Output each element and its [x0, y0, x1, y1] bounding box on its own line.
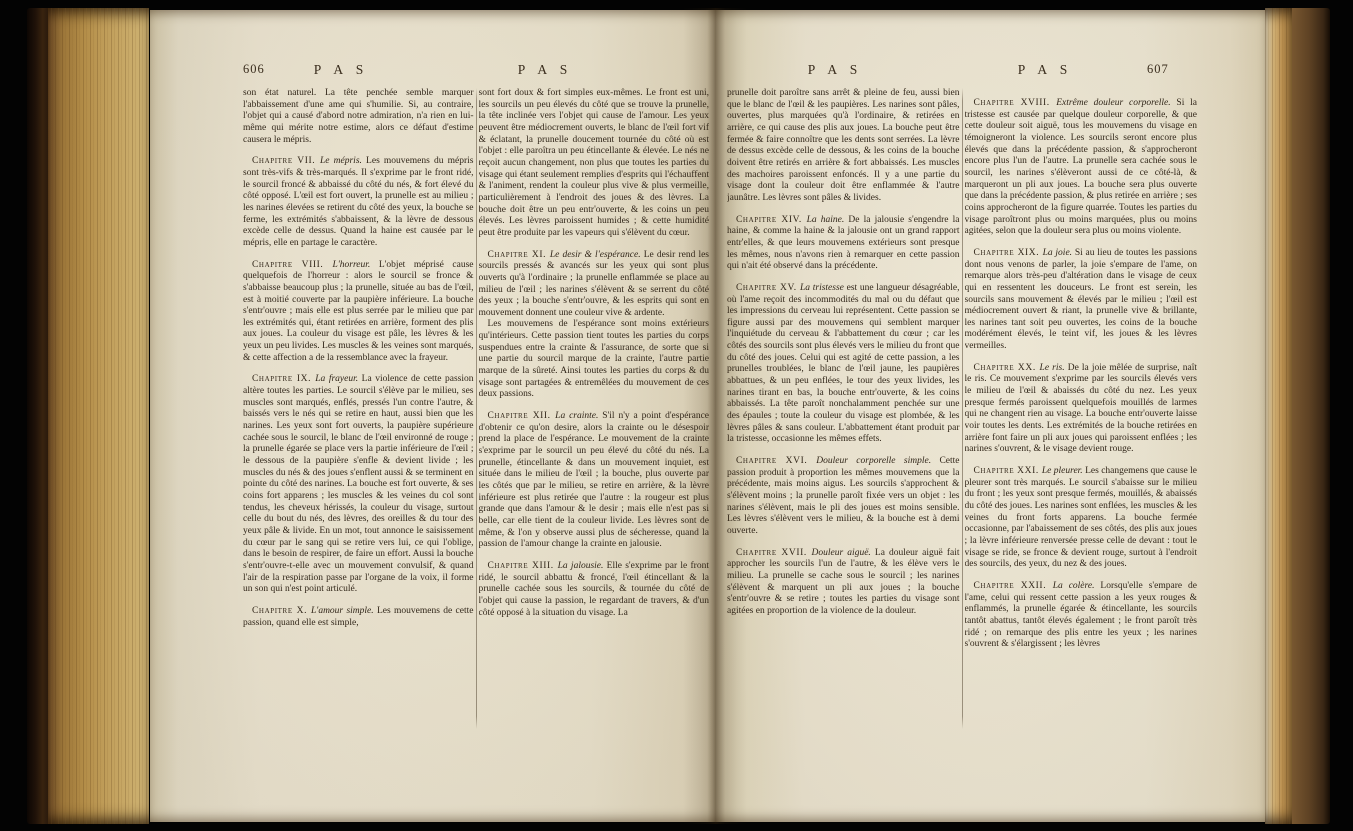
- running-head-right: P A S P A S 607: [715, 62, 1265, 82]
- chapter-paragraph: Chapitre XIII. La jalousie. Elle s'expri…: [479, 561, 710, 619]
- chapter-paragraph: Chapitre VII. Le mépris. Les mouvemens d…: [243, 156, 474, 249]
- page-left: 606 P A S P A S son état naturel. La têt…: [150, 10, 715, 822]
- text-column-3: prunelle doit paroître sans arrêt & plei…: [727, 88, 960, 729]
- chapter-label: Chapitre XXI.: [974, 466, 1042, 476]
- open-book: 606 P A S P A S son état naturel. La têt…: [27, 8, 1330, 824]
- chapter-title: L'amour simple.: [311, 606, 377, 616]
- column-rule: [476, 88, 477, 729]
- page-block-fore-edge-left: [48, 8, 149, 824]
- chapter-label: Chapitre XV.: [736, 283, 800, 293]
- chapter-paragraph: Chapitre XIX. La joie. Si au lieu de tou…: [965, 248, 1198, 353]
- chapter-label: Chapitre X.: [252, 606, 311, 616]
- chapter-paragraph: Chapitre XVI. Douleur corporelle simple.…: [727, 456, 960, 538]
- paragraph: sont fort doux & fort simples eux-mêmes.…: [479, 88, 710, 240]
- chapter-title: Douleur aiguë.: [812, 548, 875, 558]
- running-title: P A S: [314, 62, 369, 78]
- text-column-1: son état naturel. La tête penchée semble…: [243, 88, 474, 729]
- chapter-title: La haine.: [807, 215, 849, 225]
- chapter-title: Le pleurer.: [1042, 466, 1085, 476]
- chapter-paragraph: Chapitre XIV. La haine. De la jalousie s…: [727, 215, 960, 273]
- page-number-right: 607: [1147, 62, 1169, 77]
- chapter-paragraph: Chapitre X. L'amour simple. Les mouvemen…: [243, 606, 474, 629]
- running-title: P A S: [808, 62, 863, 78]
- chapter-label: Chapitre XVIII.: [974, 98, 1057, 108]
- chapter-title: Le desir & l'espérance.: [550, 250, 644, 260]
- chapter-label: Chapitre XIX.: [974, 248, 1043, 258]
- chapter-label: Chapitre XI.: [488, 250, 550, 260]
- chapter-label: Chapitre IX.: [252, 374, 315, 384]
- chapter-label: Chapitre XVI.: [736, 456, 816, 466]
- chapter-title: La jalousie.: [558, 561, 607, 571]
- running-head-left: 606 P A S P A S: [150, 62, 715, 82]
- chapter-title: La joie.: [1043, 248, 1075, 258]
- paragraph: son état naturel. La tête penchée semble…: [243, 88, 474, 146]
- page-number-left: 606: [243, 62, 265, 77]
- page-right: P A S P A S 607 prunelle doit paroître s…: [715, 10, 1265, 822]
- chapter-title: Douleur corporelle simple.: [816, 456, 939, 466]
- book-cover-left-edge: [27, 8, 48, 824]
- chapter-label: Chapitre XVII.: [736, 548, 812, 558]
- chapter-label: Chapitre VII.: [252, 156, 320, 166]
- chapter-title: La tristesse: [800, 283, 847, 293]
- chapter-label: Chapitre VIII.: [252, 260, 332, 270]
- text-column-4: Chapitre XVIII. Extrême douleur corporel…: [965, 88, 1198, 729]
- page-block-fore-edge-right: [1265, 8, 1292, 824]
- paragraph: Les mouvemens de l'espérance sont moins …: [479, 319, 710, 401]
- running-title: P A S: [1018, 62, 1073, 78]
- chapter-paragraph: Chapitre XVII. Douleur aiguë. La douleur…: [727, 548, 960, 618]
- text-column-2: sont fort doux & fort simples eux-mêmes.…: [479, 88, 710, 729]
- chapter-paragraph: Chapitre IX. La frayeur. La violence de …: [243, 374, 474, 595]
- chapter-title: Le mépris.: [320, 156, 366, 166]
- chapter-title: La frayeur.: [315, 374, 361, 384]
- chapter-paragraph: Chapitre XII. La crainte. S'il n'y a poi…: [479, 411, 710, 551]
- chapter-paragraph: Chapitre XX. Le ris. De la joie mêlée de…: [965, 363, 1198, 456]
- chapter-title: Extrême douleur corporelle.: [1056, 98, 1176, 108]
- chapter-label: Chapitre XII.: [488, 411, 556, 421]
- running-title: P A S: [518, 62, 573, 78]
- chapter-paragraph: Chapitre VIII. L'horreur. L'objet mépris…: [243, 260, 474, 365]
- column-rule: [962, 88, 963, 729]
- chapter-title: L'horreur.: [332, 260, 378, 270]
- chapter-title: Le ris.: [1040, 363, 1068, 373]
- text-block-right: prunelle doit paroître sans arrêt & plei…: [727, 88, 1197, 729]
- chapter-paragraph: Chapitre XV. La tristesse est une langue…: [727, 283, 960, 446]
- scan-background: 606 P A S P A S son état naturel. La têt…: [0, 0, 1353, 831]
- chapter-label: Chapitre XIV.: [736, 215, 807, 225]
- chapter-paragraph: Chapitre XVIII. Extrême douleur corporel…: [965, 98, 1198, 238]
- chapter-label: Chapitre XXII.: [974, 581, 1053, 591]
- paragraph: prunelle doit paroître sans arrêt & plei…: [727, 88, 960, 205]
- chapter-label: Chapitre XX.: [974, 363, 1040, 373]
- book-cover-right-edge: [1292, 8, 1330, 824]
- chapter-paragraph: Chapitre XXII. La colère. Lorsqu'elle s'…: [965, 581, 1198, 651]
- chapter-paragraph: Chapitre XI. Le desir & l'espérance. Le …: [479, 250, 710, 320]
- chapter-label: Chapitre XIII.: [488, 561, 558, 571]
- chapter-title: La crainte.: [555, 411, 602, 421]
- chapter-title: La colère.: [1053, 581, 1101, 591]
- chapter-paragraph: Chapitre XXI. Le pleurer. Les changemens…: [965, 466, 1198, 571]
- text-block-left: son état naturel. La tête penchée semble…: [243, 88, 709, 729]
